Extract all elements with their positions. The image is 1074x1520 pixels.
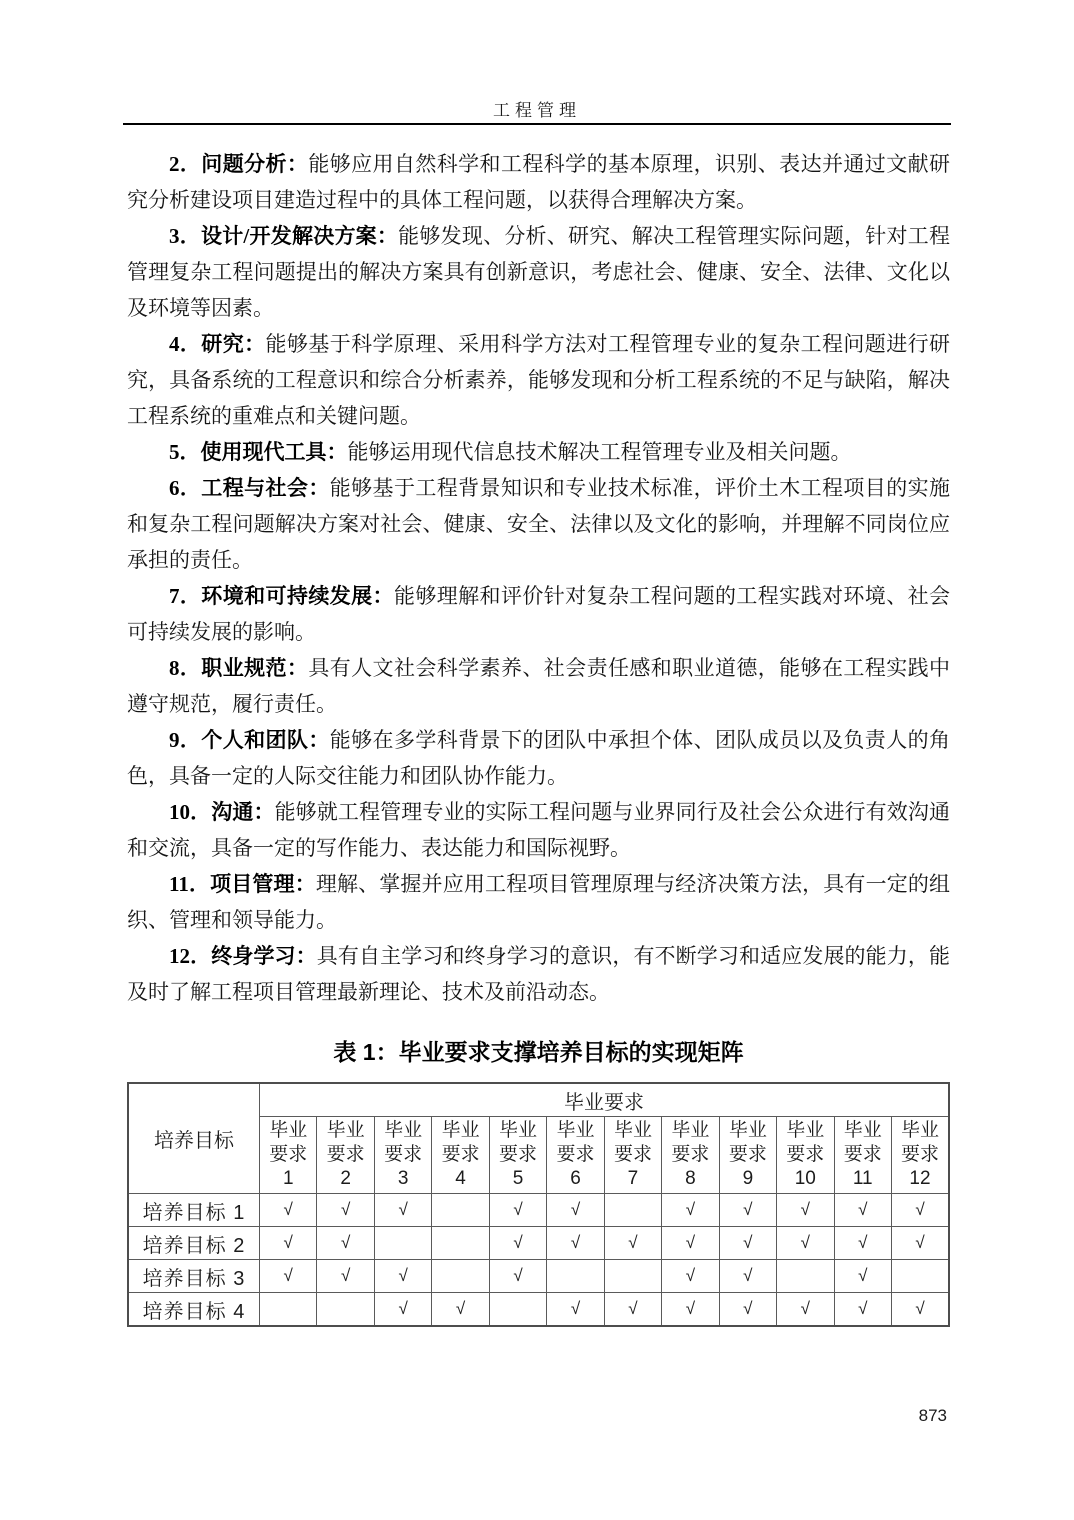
row-label-cell: 培养目标 2 <box>128 1227 260 1260</box>
column-header-number: 5 <box>490 1167 546 1191</box>
column-header-cell: 毕业要求3 <box>374 1117 431 1194</box>
check-mark-cell: √ <box>834 1260 891 1293</box>
check-mark-cell: √ <box>604 1227 661 1260</box>
paragraph-lead: 9．个人和团队： <box>169 728 330 752</box>
page-number: 873 <box>919 1406 947 1426</box>
column-header-word-top: 毕业 <box>432 1119 488 1143</box>
paragraph: 10．沟通：能够就工程管理专业的实际工程问题与业界同行及社会公众进行有效沟通和交… <box>127 794 950 866</box>
column-header-number: 4 <box>432 1167 488 1191</box>
column-header-word-top: 毕业 <box>547 1119 603 1143</box>
column-header-cell: 毕业要求11 <box>834 1117 891 1194</box>
column-header-word-bottom: 要求 <box>375 1143 431 1167</box>
paragraph: 6．工程与社会：能够基于工程背景知识和专业技术标准，评价土木工程项目的实施和复杂… <box>127 470 950 578</box>
column-header-number: 11 <box>835 1167 891 1191</box>
check-mark-cell: √ <box>834 1194 891 1227</box>
empty-cell <box>891 1260 949 1293</box>
paragraph-text: 能够运用现代信息技术解决工程管理专业及相关问题。 <box>348 440 852 464</box>
empty-cell <box>489 1293 546 1327</box>
empty-cell <box>432 1194 489 1227</box>
column-header-word-top: 毕业 <box>835 1119 891 1143</box>
column-header-cell: 毕业要求5 <box>489 1117 546 1194</box>
check-mark-cell: √ <box>834 1293 891 1327</box>
column-header-number: 3 <box>375 1167 431 1191</box>
empty-cell <box>777 1260 834 1293</box>
check-mark-cell: √ <box>547 1293 604 1327</box>
corner-header-cell: 培养目标 <box>128 1083 260 1194</box>
check-mark-cell: √ <box>317 1227 374 1260</box>
column-header-number: 12 <box>892 1167 948 1191</box>
check-mark-cell: √ <box>317 1260 374 1293</box>
table-row: 培养目标 4√√√√√√√√√ <box>128 1293 949 1327</box>
empty-cell <box>317 1293 374 1327</box>
column-header-number: 2 <box>317 1167 373 1191</box>
paragraph: 7．环境和可持续发展：能够理解和评价针对复杂工程问题的工程实践对环境、社会可持续… <box>127 578 950 650</box>
check-mark-cell: √ <box>547 1227 604 1260</box>
check-mark-cell: √ <box>719 1194 776 1227</box>
paragraph-list: 2．问题分析：能够应用自然科学和工程科学的基本原理，识别、表达并通过文献研究分析… <box>127 146 950 1010</box>
empty-cell <box>604 1260 661 1293</box>
column-header-cell: 毕业要求4 <box>432 1117 489 1194</box>
paragraph-lead: 2．问题分析： <box>169 152 308 176</box>
paragraph-lead: 5．使用现代工具： <box>169 440 348 464</box>
check-mark-cell: √ <box>489 1194 546 1227</box>
column-header-word-top: 毕业 <box>720 1119 776 1143</box>
empty-cell <box>432 1260 489 1293</box>
column-header-word-bottom: 要求 <box>260 1143 316 1167</box>
paragraph-lead: 11．项目管理： <box>169 872 316 896</box>
paragraph-lead: 3．设计/开发解决方案： <box>169 224 398 248</box>
row-label-cell: 培养目标 1 <box>128 1194 260 1227</box>
paragraph-lead: 8．职业规范： <box>169 656 308 680</box>
paragraph: 2．问题分析：能够应用自然科学和工程科学的基本原理，识别、表达并通过文献研究分析… <box>127 146 950 218</box>
column-header-word-top: 毕业 <box>317 1119 373 1143</box>
column-header-cell: 毕业要求1 <box>260 1117 317 1194</box>
check-mark-cell: √ <box>432 1293 489 1327</box>
column-header-word-bottom: 要求 <box>605 1143 661 1167</box>
check-mark-cell: √ <box>777 1194 834 1227</box>
document-page: 工程管理 2．问题分析：能够应用自然科学和工程科学的基本原理，识别、表达并通过文… <box>0 0 1074 1520</box>
paragraph: 12．终身学习：具有自主学习和终身学习的意识，有不断学习和适应发展的能力，能及时… <box>127 938 950 1010</box>
paragraph-lead: 7．环境和可持续发展： <box>169 584 394 608</box>
check-mark-cell: √ <box>719 1293 776 1327</box>
check-mark-cell: √ <box>604 1293 661 1327</box>
header-rule <box>123 123 951 125</box>
column-header-word-top: 毕业 <box>260 1119 316 1143</box>
table-row: 培养目标 3√√√√√√√ <box>128 1260 949 1293</box>
column-header-number: 8 <box>662 1167 718 1191</box>
column-header-word-top: 毕业 <box>375 1119 431 1143</box>
check-mark-cell: √ <box>489 1260 546 1293</box>
check-mark-cell: √ <box>374 1293 431 1327</box>
empty-cell <box>547 1260 604 1293</box>
check-mark-cell: √ <box>547 1194 604 1227</box>
column-header-word-bottom: 要求 <box>892 1143 948 1167</box>
check-mark-cell: √ <box>317 1194 374 1227</box>
paragraph: 3．设计/开发解决方案：能够发现、分析、研究、解决工程管理实际问题，针对工程管理… <box>127 218 950 326</box>
paragraph-lead: 12．终身学习： <box>169 944 317 968</box>
paragraph-lead: 4．研究： <box>169 332 266 356</box>
paragraph: 9．个人和团队：能够在多学科背景下的团队中承担个体、团队成员以及负责人的角色，具… <box>127 722 950 794</box>
check-mark-cell: √ <box>662 1293 719 1327</box>
column-header-word-bottom: 要求 <box>490 1143 546 1167</box>
column-header-cell: 毕业要求8 <box>662 1117 719 1194</box>
check-mark-cell: √ <box>777 1293 834 1327</box>
column-header-word-bottom: 要求 <box>317 1143 373 1167</box>
column-header-word-top: 毕业 <box>777 1119 833 1143</box>
paragraph: 11．项目管理：理解、掌握并应用工程项目管理原理与经济决策方法，具有一定的组织、… <box>127 866 950 938</box>
empty-cell <box>604 1194 661 1227</box>
running-header: 工程管理 <box>0 96 1074 121</box>
column-header-word-bottom: 要求 <box>835 1143 891 1167</box>
column-header-cell: 毕业要求7 <box>604 1117 661 1194</box>
column-header-word-bottom: 要求 <box>720 1143 776 1167</box>
matrix-table-head: 培养目标 毕业要求 毕业要求1毕业要求2毕业要求3毕业要求4毕业要求5毕业要求6… <box>128 1083 949 1194</box>
table-caption: 表 1：毕业要求支撑培养目标的实现矩阵 <box>127 1034 950 1067</box>
table-row: 培养目标 1√√√√√√√√√√ <box>128 1194 949 1227</box>
paragraph: 8．职业规范：具有人文社会科学素养、社会责任感和职业道德，能够在工程实践中遵守规… <box>127 650 950 722</box>
paragraph-lead: 10．沟通： <box>169 800 275 824</box>
column-header-word-top: 毕业 <box>892 1119 948 1143</box>
column-header-number: 6 <box>547 1167 603 1191</box>
column-header-number: 9 <box>720 1167 776 1191</box>
check-mark-cell: √ <box>662 1227 719 1260</box>
column-header-cell: 毕业要求12 <box>891 1117 949 1194</box>
matrix-table: 培养目标 毕业要求 毕业要求1毕业要求2毕业要求3毕业要求4毕业要求5毕业要求6… <box>127 1082 950 1327</box>
column-header-word-top: 毕业 <box>662 1119 718 1143</box>
column-header-cell: 毕业要求6 <box>547 1117 604 1194</box>
check-mark-cell: √ <box>891 1194 949 1227</box>
check-mark-cell: √ <box>834 1227 891 1260</box>
empty-cell <box>260 1293 317 1327</box>
column-header-number: 7 <box>605 1167 661 1191</box>
check-mark-cell: √ <box>777 1227 834 1260</box>
row-label-cell: 培养目标 4 <box>128 1293 260 1327</box>
column-header-word-top: 毕业 <box>605 1119 661 1143</box>
column-header-number: 1 <box>260 1167 316 1191</box>
check-mark-cell: √ <box>662 1260 719 1293</box>
check-mark-cell: √ <box>662 1194 719 1227</box>
table-row: 培养目标 2√√√√√√√√√√ <box>128 1227 949 1260</box>
check-mark-cell: √ <box>374 1194 431 1227</box>
column-header-word-top: 毕业 <box>490 1119 546 1143</box>
column-header-cell: 毕业要求2 <box>317 1117 374 1194</box>
check-mark-cell: √ <box>719 1260 776 1293</box>
check-mark-cell: √ <box>260 1194 317 1227</box>
check-mark-cell: √ <box>719 1227 776 1260</box>
group-header-cell: 毕业要求 <box>260 1083 950 1117</box>
check-mark-cell: √ <box>260 1260 317 1293</box>
column-header-cell: 毕业要求10 <box>777 1117 834 1194</box>
column-header-word-bottom: 要求 <box>662 1143 718 1167</box>
check-mark-cell: √ <box>260 1227 317 1260</box>
matrix-table-body: 培养目标 1√√√√√√√√√√培养目标 2√√√√√√√√√√培养目标 3√√… <box>128 1194 949 1327</box>
check-mark-cell: √ <box>374 1260 431 1293</box>
paragraph-lead: 6．工程与社会： <box>169 476 330 500</box>
paragraph: 4．研究：能够基于科学原理、采用科学方法对工程管理专业的复杂工程问题进行研究，具… <box>127 326 950 434</box>
check-mark-cell: √ <box>891 1227 949 1260</box>
paragraph: 5．使用现代工具：能够运用现代信息技术解决工程管理专业及相关问题。 <box>127 434 950 470</box>
check-mark-cell: √ <box>489 1227 546 1260</box>
empty-cell <box>374 1227 431 1260</box>
empty-cell <box>432 1227 489 1260</box>
document-body: 2．问题分析：能够应用自然科学和工程科学的基本原理，识别、表达并通过文献研究分析… <box>127 146 950 1327</box>
column-header-cell: 毕业要求9 <box>719 1117 776 1194</box>
column-header-word-bottom: 要求 <box>432 1143 488 1167</box>
column-header-word-bottom: 要求 <box>547 1143 603 1167</box>
column-header-number: 10 <box>777 1167 833 1191</box>
group-header-row: 培养目标 毕业要求 <box>128 1083 949 1117</box>
column-header-word-bottom: 要求 <box>777 1143 833 1167</box>
check-mark-cell: √ <box>891 1293 949 1327</box>
row-label-cell: 培养目标 3 <box>128 1260 260 1293</box>
